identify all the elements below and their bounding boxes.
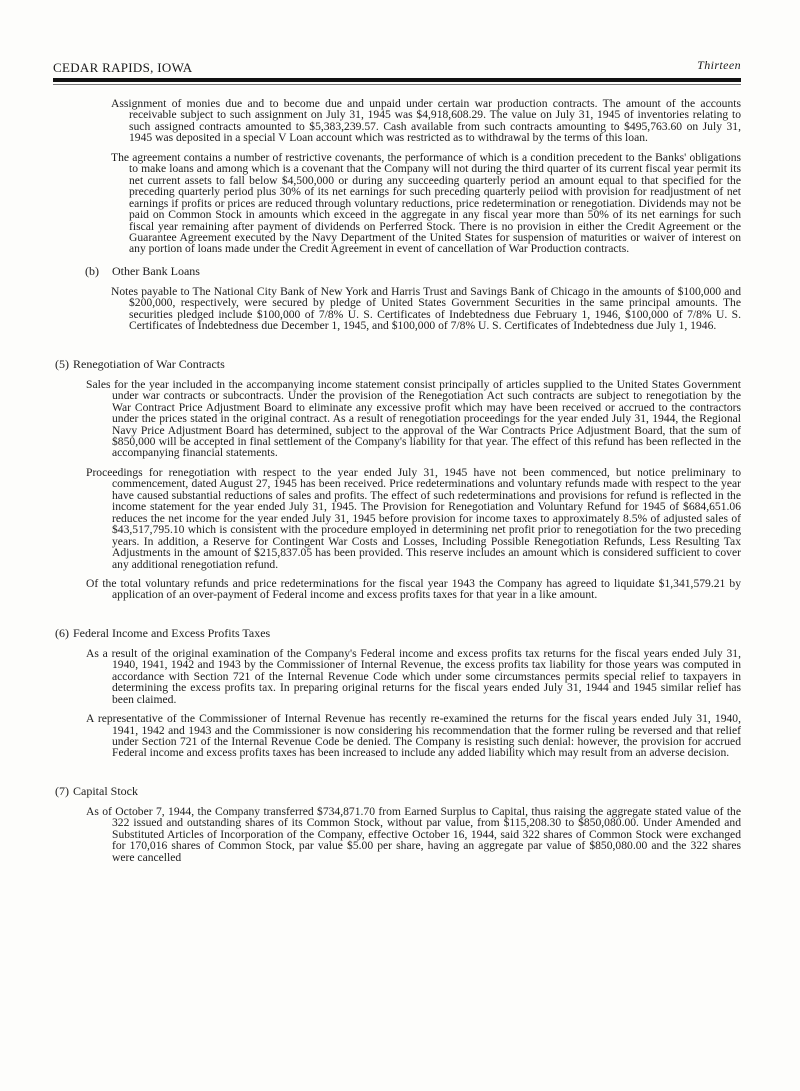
page-body: Assignment of monies due and to become d… xyxy=(0,98,800,863)
paragraph-voluntary-refunds-1943: Of the total voluntary refunds and price… xyxy=(112,578,741,601)
paragraph-re-examination: A representative of the Commissioner of … xyxy=(112,713,741,759)
paragraph-capital-transfer: As of October 7, 1944, the Company trans… xyxy=(112,806,741,863)
subsection-number: (b) xyxy=(85,265,112,278)
header-rule-thick xyxy=(53,78,741,82)
paragraph-notes-payable: Notes payable to The National City Bank … xyxy=(129,286,741,332)
paragraph-sales-for-year: Sales for the year included in the accom… xyxy=(112,379,741,459)
section-title: Federal Income and Excess Profits Taxes xyxy=(73,626,270,640)
page-header: CEDAR RAPIDS, IOWA Thirteen xyxy=(53,58,741,88)
section-heading-federal-taxes: (6)Federal Income and Excess Profits Tax… xyxy=(55,627,800,640)
paragraph-restrictive-covenants: The agreement contains a number of restr… xyxy=(129,152,741,255)
section-number: (7) xyxy=(55,785,69,798)
section-title: Renegotiation of War Contracts xyxy=(73,357,225,371)
section-title: Capital Stock xyxy=(73,784,138,798)
paragraph-assignment-of-monies: Assignment of monies due and to become d… xyxy=(129,98,741,144)
subsection-title: Other Bank Loans xyxy=(112,264,200,278)
section-number: (6) xyxy=(55,627,69,640)
paragraph-original-examination: As a result of the original examination … xyxy=(112,648,741,705)
subsection-heading-other-bank-loans: (b)Other Bank Loans xyxy=(85,265,800,278)
section-number: (5) xyxy=(55,358,69,371)
page-number: Thirteen xyxy=(697,58,741,73)
paragraph-proceedings-renegotiation: Proceedings for renegotiation with respe… xyxy=(112,467,741,570)
running-title: CEDAR RAPIDS, IOWA xyxy=(53,60,192,76)
header-rule-thin xyxy=(53,84,741,85)
section-heading-renegotiation: (5)Renegotiation of War Contracts xyxy=(55,358,800,371)
section-heading-capital-stock: (7)Capital Stock xyxy=(55,785,800,798)
